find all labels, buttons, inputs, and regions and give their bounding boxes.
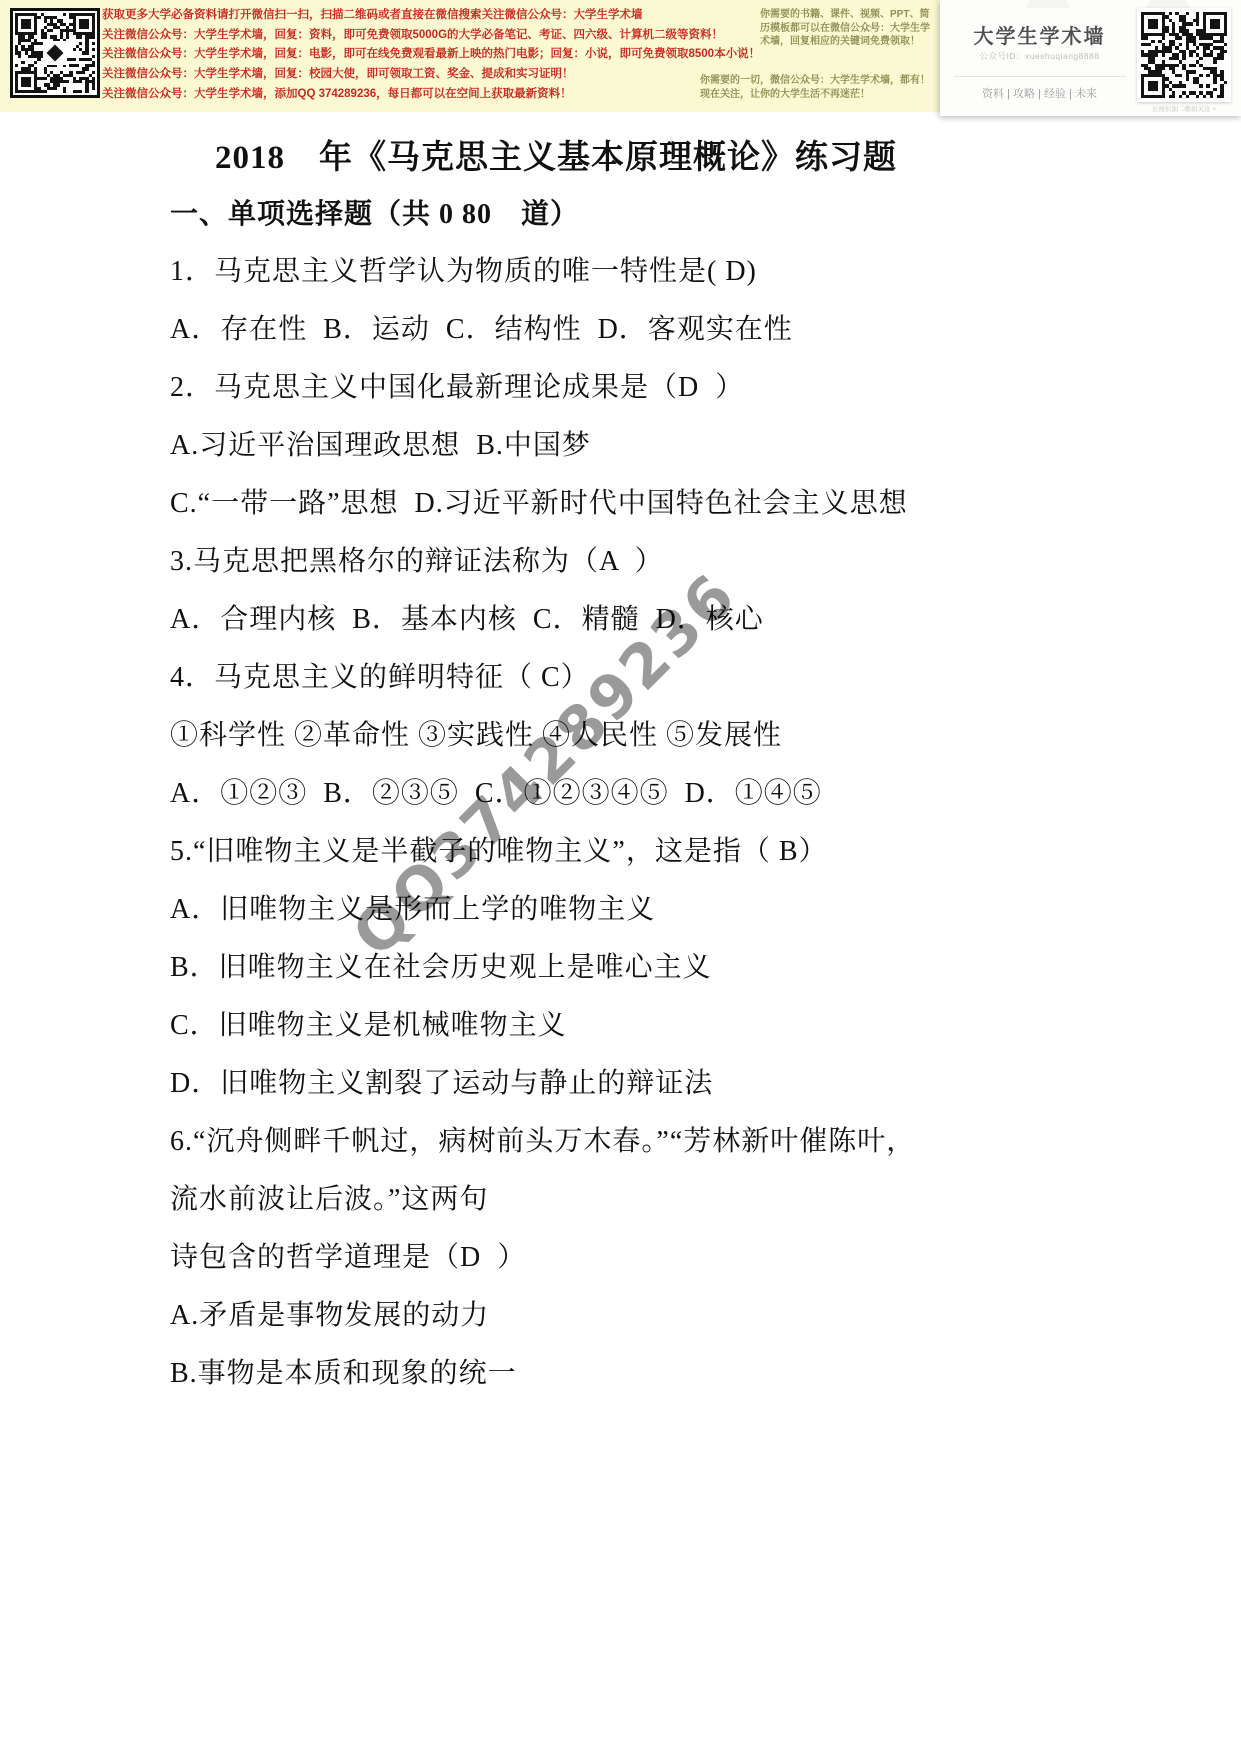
qr-pattern — [1141, 12, 1227, 98]
section-heading: 一、单项选择题（共 0 80 道） — [170, 200, 1110, 230]
promo-line: 关注微信公众号：大学生学术墙，回复：电影，即可在线免费观看最新上映的热门电影；回… — [102, 45, 702, 65]
option-line: ①科学性 ②革命性 ③实践性 ④人民性 ⑤发展性 — [170, 721, 1110, 751]
option-line: A.习近平治国理政思想 B.中国梦 — [170, 431, 1110, 461]
qr-caption: 长按识别二维码关注 + — [1130, 104, 1238, 113]
account-card-id: 公众号ID：xueshuqiang8888 — [952, 50, 1127, 62]
option-line: C．旧唯物主义是机械唯物主义 — [170, 1011, 1110, 1041]
wechat-qr-code-right — [1137, 8, 1231, 102]
promo-text-block: 获取更多大学必备资料请打开微信扫一扫，扫描二维码或者直接在微信搜索关注微信公众号… — [102, 6, 702, 105]
qr-center-logo-icon — [43, 41, 67, 65]
question-line: 5.“旧唯物主义是半截子的唯物主义”，这是指（ B） — [170, 837, 1110, 867]
question-line: 6.“沉舟侧畔千帆过，病树前头万木春。”“芳林新叶催陈叶， — [170, 1127, 1110, 1157]
card-divider — [954, 76, 1126, 77]
promo-line: 关注微信公众号：大学生学术墙，回复：校园大使，即可领取工资、奖金、提成和实习证明… — [102, 65, 702, 85]
tape-decoration — [1025, 0, 1071, 8]
account-card-title: 大学生学术墙 — [952, 20, 1127, 49]
promo-line: 获取更多大学必备资料请打开微信扫一扫，扫描二维码或者直接在微信搜索关注微信公众号… — [102, 6, 702, 26]
question-line: 1．马克思主义哲学认为物质的唯一特性是( D) — [170, 257, 1110, 287]
option-line: A．旧唯物主义是形而上学的唯物主义 — [170, 895, 1110, 925]
exam-document: 2018 年《马克思主义基本原理概论》练习题 一、单项选择题（共 0 80 道）… — [170, 138, 1110, 1417]
promo-banner: 获取更多大学必备资料请打开微信扫一扫，扫描二维码或者直接在微信搜索关注微信公众号… — [0, 0, 1241, 112]
option-line: B.事物是本质和现象的统一 — [170, 1359, 1110, 1389]
promo-line: 关注微信公众号：大学生学术墙，回复：资料，即可免费领取5000G的大学必备笔记、… — [102, 26, 702, 46]
option-line: A．合理内核 B．基本内核 C．精髓 D．核心 — [170, 605, 1110, 635]
side-note-top: 你需要的书籍、课件、视频、PPT、简历模板都可以在微信公众号：大学生学术墙，回复… — [760, 8, 938, 49]
question-line: 3.马克思把黑格尔的辩证法称为（A ） — [170, 547, 1110, 577]
question-line: 流水前波让后波。”这两句 — [170, 1185, 1110, 1215]
question-line: 2．马克思主义中国化最新理论成果是（D ） — [170, 373, 1110, 403]
tape-decoration — [1145, 0, 1191, 8]
account-card: 大学生学术墙 公众号ID：xueshuqiang8888 资料 | 攻略 | 经… — [940, 0, 1241, 116]
promo-line: 关注微信公众号：大学生学术墙，添加QQ 374289236，每日都可以在空间上获… — [102, 85, 702, 105]
question-line: 4．马克思主义的鲜明特征（ C） — [170, 663, 1110, 693]
question-line: 诗包含的哲学道理是（D ） — [170, 1243, 1110, 1273]
account-card-tagline: 资料 | 攻略 | 经验 | 未来 — [952, 85, 1127, 101]
document-title: 2018 年《马克思主义基本原理概论》练习题 — [170, 138, 1110, 178]
option-line: B．旧唯物主义在社会历史观上是唯心主义 — [170, 953, 1110, 983]
wechat-qr-code-left — [10, 8, 100, 98]
option-line: A．存在性 B．运动 C．结构性 D．客观实在性 — [170, 315, 1110, 345]
option-line: A.矛盾是事物发展的动力 — [170, 1301, 1110, 1331]
option-line: C.“一带一路”思想 D.习近平新时代中国特色社会主义思想 — [170, 489, 1110, 519]
option-line: A．①②③ B．②③⑤ C．①②③④⑤ D．①④⑤ — [170, 779, 1110, 809]
option-line: D．旧唯物主义割裂了运动与静止的辩证法 — [170, 1069, 1110, 1099]
side-note-bottom: 你需要的一切，微信公众号：大学生学术墙，都有！现在关注，让你的大学生活不再迷茫！ — [700, 74, 938, 101]
